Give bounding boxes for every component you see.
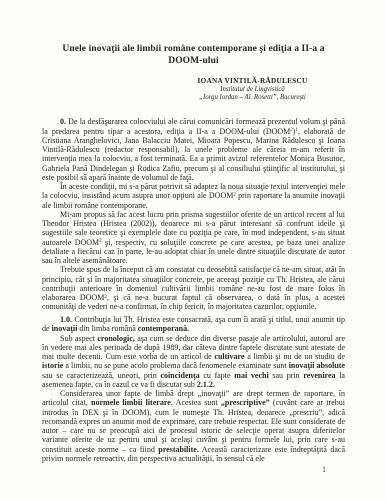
author-affiliation-city: „Iorgu Iordan – Al. Rosetti”, Bucureşti [101, 94, 386, 102]
emphasized-text: inovaţii absolute [289, 361, 345, 370]
superscript-marker: 2 [99, 239, 101, 244]
emphasized-text: 1.0. [60, 315, 72, 324]
superscript-marker: 2 [104, 295, 106, 300]
page-title: Unele inovaţii ale limbii române contemp… [48, 44, 340, 67]
superscript-marker: 2 [233, 193, 235, 198]
paragraph: 0. De la desfăşurarea colocviului ale că… [42, 117, 345, 182]
article-body: 0. De la desfăşurarea colocviului ale că… [42, 117, 345, 463]
emphasized-text: 2.1.2. [197, 380, 215, 389]
emphasized-text: cronologic, [97, 334, 134, 343]
document-page: Unele inovaţii ale limbii române contemp… [0, 0, 386, 500]
author-name: IOANA VINTILĂ-RĂDULESCU [101, 77, 386, 86]
emphasized-text: prestabilite. [158, 445, 199, 454]
emphasized-text: inovaţii [52, 324, 78, 333]
emphasized-text: cultivare [214, 352, 244, 361]
page-content: Unele inovaţii ale limbii române contemp… [0, 0, 386, 463]
text-run: sau se caracterizează, uneori, prin [42, 371, 161, 380]
superscript-marker: 1 [295, 128, 297, 133]
paragraph: Considerarea unor fapte de limbă drept „… [42, 389, 345, 463]
author-affiliation-institute: Institutul de Lingvistică [101, 86, 386, 94]
superscript-marker: 2 [290, 128, 292, 133]
text-run: a limbii, nu se pune acolo problema dacă… [63, 361, 288, 370]
page-number: 1 [322, 465, 326, 474]
paragraph: 1.0. Contribuţia lui Th. Hristea este co… [42, 315, 345, 334]
text-run: . Acestea sunt [171, 398, 221, 407]
text-run: a limbii şi nu de un studiu de [244, 352, 345, 361]
paragraph: Sub aspect cronologic, aşa cum se deduce… [42, 334, 345, 390]
emphasized-text: contemporană. [138, 324, 189, 333]
text-run: sau prin [269, 371, 304, 380]
author-block: IOANA VINTILĂ-RĂDULESCU Institutul de Li… [101, 77, 386, 102]
emphasized-text: „prescriptive” [221, 398, 270, 407]
text-run: , elaborată de Cristiana Aranghelovici, … [42, 127, 345, 182]
emphasized-text: mai vechi [234, 371, 268, 380]
emphasized-text: normele limbii literare [91, 398, 171, 407]
paragraph: Trebuie spus de la început că am constat… [42, 265, 345, 311]
emphasized-text: revenirea [303, 371, 335, 380]
text-run: Sub aspect [60, 334, 97, 343]
emphasized-text: coincidenţa [161, 371, 200, 380]
emphasized-text: istorie [42, 361, 63, 370]
paragraph: Mi-am propus să fac acest lucru prin pri… [42, 210, 345, 266]
text-run: cu fapte [200, 371, 235, 380]
text-run: din limba română [77, 324, 137, 333]
paragraph: În aceste condiţii, mi s-a părut potrivi… [42, 182, 345, 210]
